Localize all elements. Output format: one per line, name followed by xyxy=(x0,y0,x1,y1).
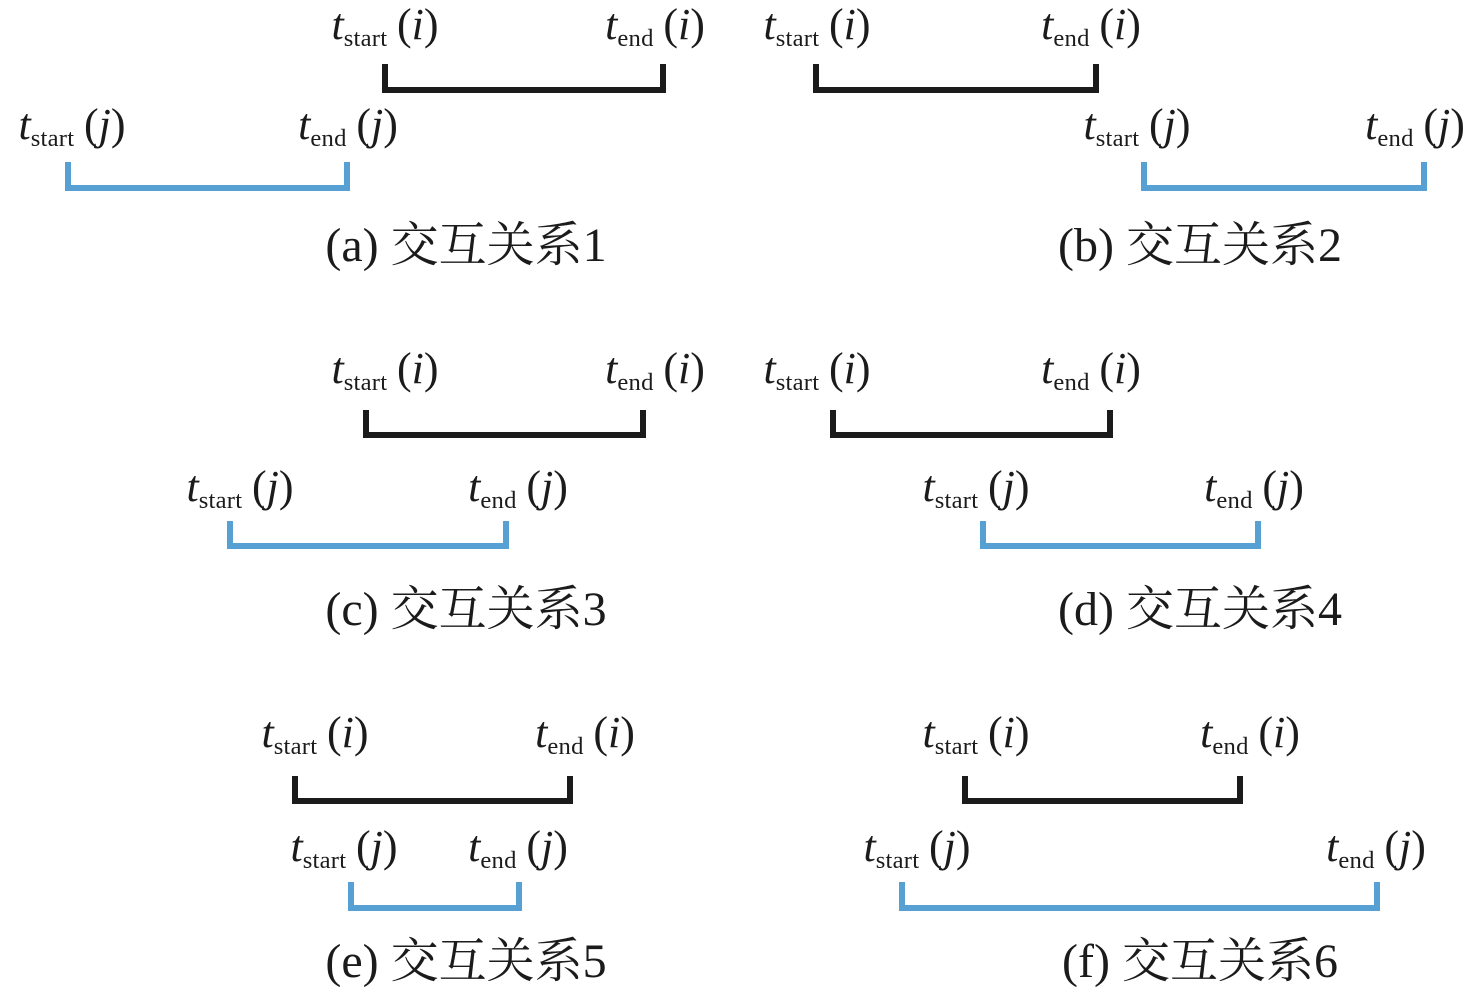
t-symbol: t xyxy=(468,462,480,511)
subscript-start: start xyxy=(935,733,979,760)
panel-c-t-end-i-label: tend(i) xyxy=(605,346,705,392)
panel-a-t-end-j-label: tend(j) xyxy=(298,102,398,148)
panel-b-interval-j-bracket xyxy=(1141,162,1427,191)
panel-b-t-end-j-label: tend(j) xyxy=(1365,102,1465,148)
variable-group: (i) xyxy=(988,708,1030,757)
close-paren: ) xyxy=(553,462,568,511)
t-symbol: t xyxy=(1041,0,1053,49)
t-symbol: t xyxy=(1204,462,1216,511)
open-paren: ( xyxy=(84,100,99,149)
panel-e-interval-i-bracket xyxy=(292,776,573,804)
variable-group: (i) xyxy=(1258,708,1300,757)
panel-b-t-start-i-label: tstart(i) xyxy=(763,2,870,48)
close-paren: ) xyxy=(1450,100,1465,149)
panel-f-interval-i-bracket xyxy=(962,776,1243,804)
open-paren: ( xyxy=(356,822,371,871)
interval-variable: i xyxy=(678,0,690,49)
subscript-start: start xyxy=(199,487,243,514)
subscript-start: start xyxy=(303,847,347,874)
open-paren: ( xyxy=(252,462,267,511)
open-paren: ( xyxy=(526,822,541,871)
variable-group: (i) xyxy=(1099,0,1141,49)
panel-a-t-start-j-label: tstart(j) xyxy=(18,102,125,148)
t-symbol: t xyxy=(18,100,30,149)
variable-group: (j) xyxy=(1262,462,1304,511)
subscript-end: end xyxy=(1338,847,1374,874)
open-paren: ( xyxy=(593,708,608,757)
interval-variable: i xyxy=(412,0,424,49)
interval-variable: i xyxy=(844,344,856,393)
panel-a-t-end-i-label: tend(i) xyxy=(605,2,705,48)
variable-group: (j) xyxy=(526,462,568,511)
subscript-end: end xyxy=(310,125,346,152)
interval-variable: j xyxy=(99,100,111,149)
t-symbol: t xyxy=(605,0,617,49)
close-paren: ) xyxy=(690,344,705,393)
close-paren: ) xyxy=(1285,708,1300,757)
interval-variable: j xyxy=(1164,100,1176,149)
panel-d-t-end-i-label: tend(i) xyxy=(1041,346,1141,392)
panel-d-t-end-j-label: tend(j) xyxy=(1204,464,1304,510)
t-symbol: t xyxy=(331,0,343,49)
panel-d-t-start-j-label: tstart(j) xyxy=(922,464,1029,510)
close-paren: ) xyxy=(354,708,369,757)
variable-group: (i) xyxy=(663,0,705,49)
close-paren: ) xyxy=(1126,344,1141,393)
open-paren: ( xyxy=(988,708,1003,757)
panel-d-interval-j-bracket xyxy=(980,521,1261,549)
panel-b-t-start-j-label: tstart(j) xyxy=(1083,102,1190,148)
panel-a-t-start-i-label: tstart(i) xyxy=(331,2,438,48)
t-symbol: t xyxy=(922,462,934,511)
t-symbol: t xyxy=(1365,100,1377,149)
subscript-end: end xyxy=(617,369,653,396)
panel-f-t-end-j-label: tend(j) xyxy=(1326,824,1426,870)
close-paren: ) xyxy=(424,0,439,49)
variable-group: (j) xyxy=(356,100,398,149)
interval-variable: j xyxy=(541,822,553,871)
panel-c-caption: (c) 交互关系3 xyxy=(325,582,606,637)
interval-variable: j xyxy=(371,822,383,871)
subscript-start: start xyxy=(31,125,75,152)
open-paren: ( xyxy=(829,0,844,49)
interval-variable: j xyxy=(541,462,553,511)
close-paren: ) xyxy=(279,462,294,511)
panel-f-interval-j-bracket xyxy=(899,882,1380,911)
subscript-end: end xyxy=(1377,125,1413,152)
subscript-end: end xyxy=(480,487,516,514)
subscript-end: end xyxy=(1053,369,1089,396)
t-symbol: t xyxy=(331,344,343,393)
subscript-end: end xyxy=(1212,733,1248,760)
t-symbol: t xyxy=(1200,708,1212,757)
open-paren: ( xyxy=(526,462,541,511)
interval-variable: i xyxy=(342,708,354,757)
t-symbol: t xyxy=(186,462,198,511)
variable-group: (j) xyxy=(356,822,398,871)
panel-c-t-end-j-label: tend(j) xyxy=(468,464,568,510)
subscript-start: start xyxy=(274,733,318,760)
t-symbol: t xyxy=(535,708,547,757)
subscript-end: end xyxy=(480,847,516,874)
open-paren: ( xyxy=(1262,462,1277,511)
subscript-start: start xyxy=(344,369,388,396)
subscript-start: start xyxy=(935,487,979,514)
open-paren: ( xyxy=(356,100,371,149)
t-symbol: t xyxy=(298,100,310,149)
interval-variable: i xyxy=(1114,344,1126,393)
subscript-start: start xyxy=(776,25,820,52)
panel-a-caption: (a) 交互关系1 xyxy=(325,218,606,273)
subscript-start: start xyxy=(776,369,820,396)
t-symbol: t xyxy=(763,344,775,393)
t-symbol: t xyxy=(1326,822,1338,871)
t-symbol: t xyxy=(261,708,273,757)
open-paren: ( xyxy=(988,462,1003,511)
interval-variable: i xyxy=(844,0,856,49)
panel-d-t-start-i-label: tstart(i) xyxy=(763,346,870,392)
close-paren: ) xyxy=(1176,100,1191,149)
interval-variable: j xyxy=(267,462,279,511)
interval-variable: i xyxy=(1003,708,1015,757)
open-paren: ( xyxy=(1258,708,1273,757)
interval-variable: i xyxy=(1273,708,1285,757)
panel-e-interval-j-bracket xyxy=(348,882,522,911)
close-paren: ) xyxy=(383,822,398,871)
panel-f-caption: (f) 交互关系6 xyxy=(1062,934,1338,989)
variable-group: (i) xyxy=(397,0,439,49)
variable-group: (i) xyxy=(663,344,705,393)
panel-f-t-start-j-label: tstart(j) xyxy=(863,824,970,870)
subscript-end: end xyxy=(1053,25,1089,52)
variable-group: (j) xyxy=(252,462,294,511)
open-paren: ( xyxy=(397,0,412,49)
t-symbol: t xyxy=(468,822,480,871)
subscript-end: end xyxy=(1216,487,1252,514)
subscript-end: end xyxy=(547,733,583,760)
interval-variable: i xyxy=(678,344,690,393)
open-paren: ( xyxy=(829,344,844,393)
t-symbol: t xyxy=(922,708,934,757)
open-paren: ( xyxy=(663,0,678,49)
close-paren: ) xyxy=(1411,822,1426,871)
panel-b-t-end-i-label: tend(i) xyxy=(1041,2,1141,48)
panel-e-caption: (e) 交互关系5 xyxy=(325,934,606,989)
interval-variable: j xyxy=(1399,822,1411,871)
panel-c-t-start-i-label: tstart(i) xyxy=(331,346,438,392)
variable-group: (j) xyxy=(1423,100,1465,149)
interval-variable: i xyxy=(608,708,620,757)
panel-d-interval-i-bracket xyxy=(830,410,1113,438)
interval-variable: j xyxy=(1003,462,1015,511)
close-paren: ) xyxy=(620,708,635,757)
subscript-end: end xyxy=(617,25,653,52)
open-paren: ( xyxy=(1423,100,1438,149)
close-paren: ) xyxy=(1126,0,1141,49)
variable-group: (j) xyxy=(988,462,1030,511)
t-symbol: t xyxy=(605,344,617,393)
variable-group: (j) xyxy=(84,100,126,149)
variable-group: (i) xyxy=(829,0,871,49)
panel-c-interval-i-bracket xyxy=(363,410,646,438)
panel-f-t-start-i-label: tstart(i) xyxy=(922,710,1029,756)
panel-e-t-end-i-label: tend(i) xyxy=(535,710,635,756)
panel-e-t-start-i-label: tstart(i) xyxy=(261,710,368,756)
interval-variable: j xyxy=(1277,462,1289,511)
subscript-start: start xyxy=(876,847,920,874)
subscript-start: start xyxy=(344,25,388,52)
panel-d-caption: (d) 交互关系4 xyxy=(1058,582,1342,637)
t-symbol: t xyxy=(763,0,775,49)
close-paren: ) xyxy=(956,822,971,871)
close-paren: ) xyxy=(1289,462,1304,511)
panel-c-t-start-j-label: tstart(j) xyxy=(186,464,293,510)
open-paren: ( xyxy=(1099,344,1114,393)
variable-group: (j) xyxy=(1149,100,1191,149)
panel-a-interval-i-bracket xyxy=(382,64,666,93)
open-paren: ( xyxy=(663,344,678,393)
open-paren: ( xyxy=(1149,100,1164,149)
close-paren: ) xyxy=(856,0,871,49)
t-symbol: t xyxy=(1041,344,1053,393)
panel-e-t-start-j-label: tstart(j) xyxy=(290,824,397,870)
panel-a-interval-j-bracket xyxy=(65,162,350,191)
variable-group: (i) xyxy=(397,344,439,393)
open-paren: ( xyxy=(327,708,342,757)
close-paren: ) xyxy=(1015,462,1030,511)
variable-group: (i) xyxy=(1099,344,1141,393)
interval-variable: i xyxy=(412,344,424,393)
open-paren: ( xyxy=(1384,822,1399,871)
variable-group: (j) xyxy=(929,822,971,871)
close-paren: ) xyxy=(111,100,126,149)
close-paren: ) xyxy=(1015,708,1030,757)
panel-f-t-end-i-label: tend(i) xyxy=(1200,710,1300,756)
close-paren: ) xyxy=(424,344,439,393)
temporal-relations-figure: tstart(i)tend(i)tstart(j)tend(j)(a) 交互关系… xyxy=(0,0,1476,996)
interval-variable: j xyxy=(371,100,383,149)
close-paren: ) xyxy=(553,822,568,871)
variable-group: (j) xyxy=(1384,822,1426,871)
open-paren: ( xyxy=(1099,0,1114,49)
panel-c-interval-j-bracket xyxy=(227,521,509,549)
variable-group: (i) xyxy=(327,708,369,757)
open-paren: ( xyxy=(929,822,944,871)
variable-group: (i) xyxy=(593,708,635,757)
subscript-start: start xyxy=(1096,125,1140,152)
t-symbol: t xyxy=(1083,100,1095,149)
panel-b-caption: (b) 交互关系2 xyxy=(1058,218,1342,273)
panel-e-t-end-j-label: tend(j) xyxy=(468,824,568,870)
panel-b-interval-i-bracket xyxy=(813,64,1099,93)
interval-variable: i xyxy=(1114,0,1126,49)
t-symbol: t xyxy=(863,822,875,871)
open-paren: ( xyxy=(397,344,412,393)
close-paren: ) xyxy=(856,344,871,393)
variable-group: (j) xyxy=(526,822,568,871)
interval-variable: j xyxy=(944,822,956,871)
interval-variable: j xyxy=(1438,100,1450,149)
close-paren: ) xyxy=(383,100,398,149)
variable-group: (i) xyxy=(829,344,871,393)
t-symbol: t xyxy=(290,822,302,871)
close-paren: ) xyxy=(690,0,705,49)
